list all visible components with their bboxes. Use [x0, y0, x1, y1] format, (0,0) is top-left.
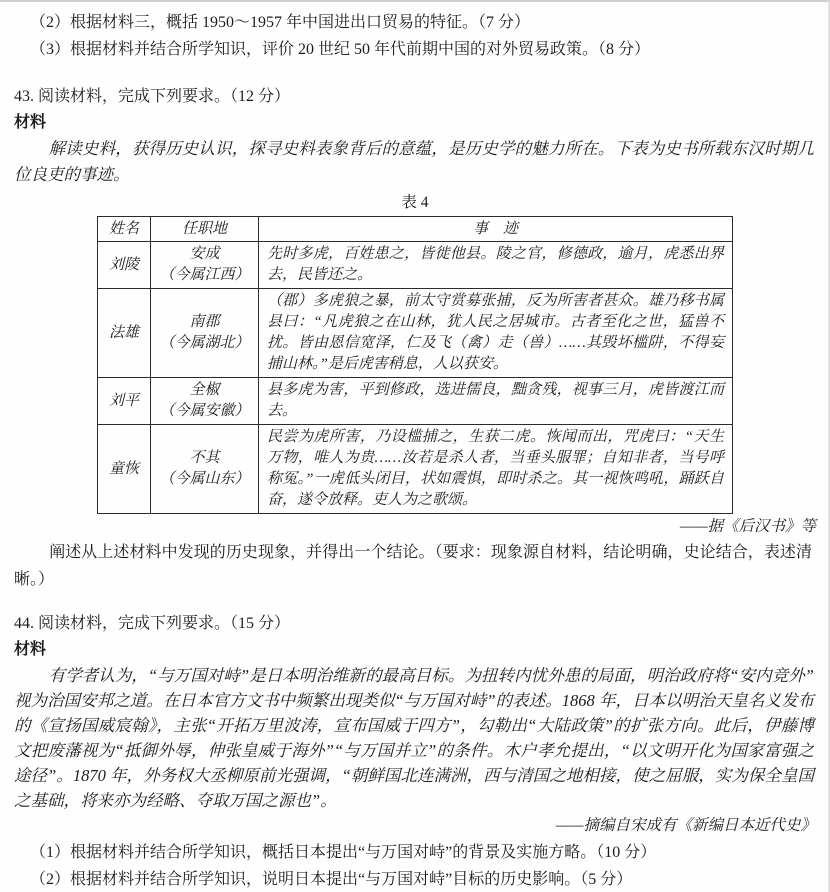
- place-main: 南郡: [153, 312, 256, 333]
- question-44-material-label: 材料: [14, 637, 828, 663]
- question-44-item-1: （1）根据材料并结合所学知识，概括日本提出“与万国对峙”的背景及实施方略。（10…: [30, 839, 810, 866]
- place-note: （今属安徽）: [153, 401, 256, 422]
- table-row-liuling: 刘陵 安成 （今属江西） 先时多虎，百姓患之，皆徙他县。陵之官，修德政，逾月，虎…: [98, 242, 733, 289]
- spacer: [0, 63, 828, 84]
- cell-deeds: 民尝为虎所害，乃设槛捕之，生获二虎。恢闻而出，咒虎曰：“天生万物，唯人为贵……汝…: [259, 425, 733, 514]
- table-4-body: 刘陵 安成 （今属江西） 先时多虎，百姓患之，皆徙他县。陵之官，修德政，逾月，虎…: [98, 242, 733, 514]
- cell-deeds: 先时多虎，百姓患之，皆徙他县。陵之官，修德政，逾月，虎悉出界去，民皆还之。: [259, 242, 733, 289]
- place-main: 安成: [153, 244, 256, 265]
- question-43-source-citation: ——据《后汉书》等: [0, 515, 816, 538]
- cell-deeds: 县多虎为害，平到修政，选进儒良，黜贪残，视事三月，虎皆渡江而去。: [259, 378, 733, 425]
- place-main: 不其: [153, 448, 256, 469]
- place-note: （今属山东）: [153, 469, 256, 490]
- column-header-place: 任职地: [151, 217, 259, 242]
- cell-name: 刘平: [98, 378, 151, 425]
- cell-place: 南郡 （今属湖北）: [151, 289, 259, 378]
- question-43-material-label: 材料: [14, 110, 828, 136]
- table-4: 姓名 任职地 事 迹 刘陵 安成 （今属江西） 先时多虎，百姓患之，皆徙他县。陵…: [97, 216, 733, 514]
- question-44-heading: 44. 阅读材料，完成下列要求。（15 分）: [14, 611, 810, 637]
- spacer: [0, 593, 828, 611]
- cell-place: 不其 （今属山东）: [151, 425, 259, 514]
- cell-name: 刘陵: [98, 242, 151, 289]
- table-4-header: 姓名 任职地 事 迹: [98, 217, 733, 242]
- cell-deeds: （郡）多虎狼之暴，前太守赏募张捕，反为所害者甚众。雄乃移书属县曰：“凡虎狼之在山…: [259, 289, 733, 378]
- column-header-name: 姓名: [98, 217, 151, 242]
- question-44-items: （1）根据材料并结合所学知识，概括日本提出“与万国对峙”的背景及实施方略。（10…: [0, 839, 828, 892]
- cell-place: 安成 （今属江西）: [151, 242, 259, 289]
- question-42-item-3: （3）根据材料并结合所学知识，评价 20 世纪 50 年代前期中国的对外贸易政策…: [30, 36, 810, 63]
- question-44-material: 有学者认为，“与万国对峙”是日本明治维新的最高目标。为扭转内忧外患的局面，明治政…: [14, 663, 814, 813]
- place-note: （今属江西）: [153, 265, 256, 286]
- place-note: （今属湖北）: [153, 333, 256, 354]
- cell-place: 全椒 （今属安徽）: [151, 378, 259, 425]
- cell-name: 童恢: [98, 425, 151, 514]
- question-43-material-intro: 解读史料，获得历史认识，探寻史料表象背后的意蕴，是历史学的魅力所在。下表为史书所…: [14, 136, 814, 188]
- question-43-heading: 43. 阅读材料，完成下列要求。（12 分）: [14, 84, 810, 110]
- column-header-deeds: 事 迹: [259, 217, 733, 242]
- cell-name: 法雄: [98, 289, 151, 378]
- table-row-tonghui: 童恢 不其 （今属山东） 民尝为虎所害，乃设槛捕之，生获二虎。恢闻而出，咒虎曰：…: [98, 425, 733, 514]
- place-main: 全椒: [153, 380, 256, 401]
- table-row-faxiong: 法雄 南郡 （今属湖北） （郡）多虎狼之暴，前太守赏募张捕，反为所害者甚众。雄乃…: [98, 289, 733, 378]
- question-43-task: 阐述从上述材料中发现的历史现象，并得出一个结论。（要求：现象源自材料，结论明确，…: [14, 539, 812, 593]
- question-44-item-2: （2）根据材料并结合所学知识，说明日本提出“与万国对峙”目标的历史影响。（5 分…: [30, 866, 810, 892]
- exam-page: （2）根据材料三，概括 1950～1957 年中国进出口贸易的特征。（7 分） …: [0, 0, 830, 892]
- question-44-source-citation: ——摘编自宋成有《新编日本近代史》: [0, 814, 816, 837]
- question-42-item-2: （2）根据材料三，概括 1950～1957 年中国进出口贸易的特征。（7 分）: [30, 9, 810, 36]
- table-row-liuping: 刘平 全椒 （今属安徽） 县多虎为害，平到修政，选进儒良，黜贪残，视事三月，虎皆…: [98, 378, 733, 425]
- table-header-row: 姓名 任职地 事 迹: [98, 217, 733, 242]
- table-4-caption: 表 4: [97, 191, 733, 214]
